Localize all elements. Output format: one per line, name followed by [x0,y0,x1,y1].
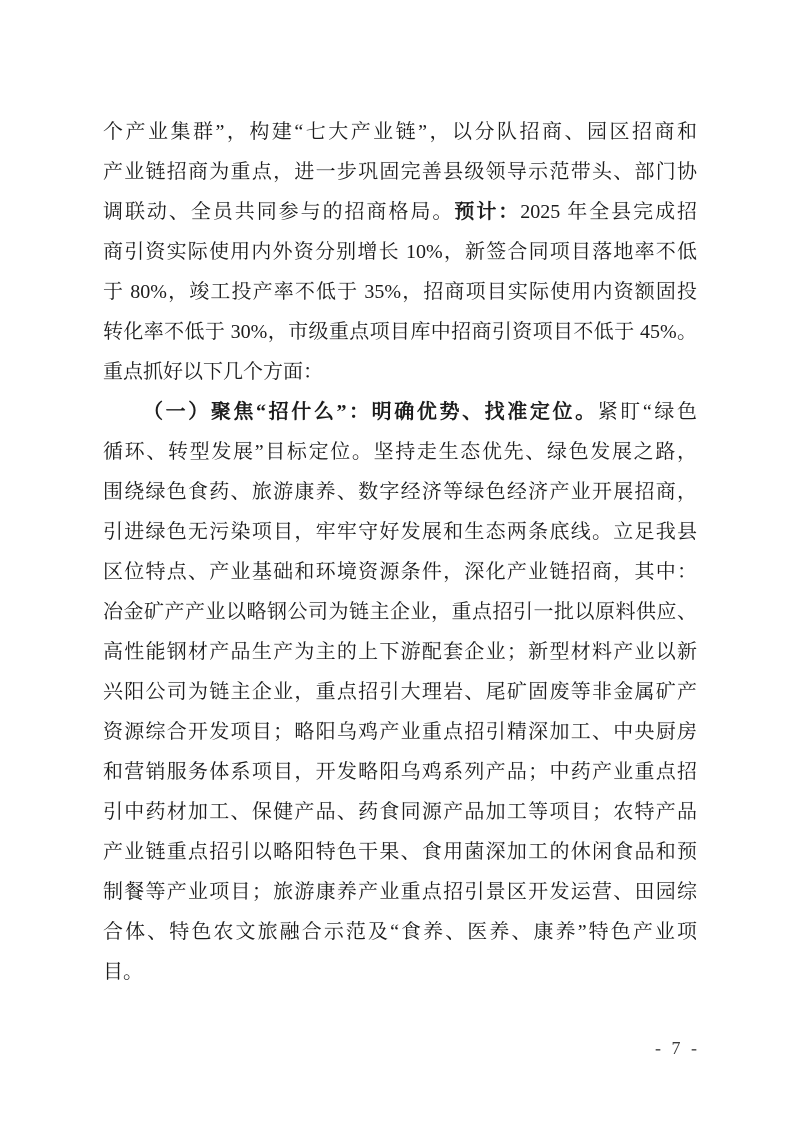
body-text: 产业链重点招引以略阳特色干果、食用菌深加工的休闲食品和预 [103,841,697,863]
document-page: 个产业集群”，构建“七大产业链”，以分队招商、园区招商和产业链招商为重点，进一步… [0,0,793,1122]
body-text: 合体、特色农文旅融合示范及“食养、医养、康养”特色产业项 [103,921,697,943]
page-number: - 7 - [655,1038,700,1059]
text-line: 转化率不低于 30%，市级重点项目库中招商引资项目不低于 45%。 [103,312,697,352]
body-text: 产业链招商为重点，进一步巩固完善县级领导示范带头、部门协 [103,161,697,183]
text-line: 个产业集群”，构建“七大产业链”，以分队招商、园区招商和 [103,112,697,152]
text-line: 和营销服务体系项目，开发略阳乌鸡系列产品；中药产业重点招 [103,752,697,792]
body-text: 引中药材加工、保健产品、药食同源产品加工等项目；农特产品 [103,801,697,823]
body-text: 重点抓好以下几个方面： [103,361,323,383]
text-line: 合体、特色农文旅融合示范及“食养、医养、康养”特色产业项 [103,912,697,952]
body-text: 围绕绿色食药、旅游康养、数字经济等绿色经济产业开展招商， [103,481,697,503]
body-text: 转化率不低于 30%，市级重点项目库中招商引资项目不低于 45%。 [103,321,697,343]
body-text: 引进绿色无污染项目，牢牢守好发展和生态两条底线。立足我县 [103,521,697,543]
body-text: 和营销服务体系项目，开发略阳乌鸡系列产品；中药产业重点招 [103,761,697,783]
text-line: 引进绿色无污染项目，牢牢守好发展和生态两条底线。立足我县 [103,512,697,552]
body-text: 商引资实际使用内外资分别增长 10%，新签合同项目落地率不低 [103,241,697,263]
text-line: 冶金矿产产业以略钢公司为链主企业，重点招引一批以原料供应、 [103,592,697,632]
body-text: 冶金矿产产业以略钢公司为链主企业，重点招引一批以原料供应、 [103,601,697,623]
text-line: 调联动、全员共同参与的招商格局。预计：2025 年全县完成招 [103,192,697,232]
body-text: 目。 [103,961,143,983]
body-text: 调联动、全员共同参与的招商格局。 [103,201,454,223]
emphasis-text: （一）聚焦“招什么”：明确优势、找准定位。 [143,401,598,423]
emphasis-text: 预计： [454,201,520,223]
text-line: 商引资实际使用内外资分别增长 10%，新签合同项目落地率不低 [103,232,697,272]
body-text: 高性能钢材产品生产为主的上下游配套企业；新型材料产业以新 [103,641,697,663]
text-line: （一）聚焦“招什么”：明确优势、找准定位。紧盯“绿色 [103,392,697,432]
text-line: 重点抓好以下几个方面： [103,352,697,392]
body-text: 紧盯“绿色 [598,401,697,423]
text-line: 循环、转型发展”目标定位。坚持走生态优先、绿色发展之路， [103,432,697,472]
text-line: 产业链重点招引以略阳特色干果、食用菌深加工的休闲食品和预 [103,832,697,872]
text-line: 高性能钢材产品生产为主的上下游配套企业；新型材料产业以新 [103,632,697,672]
text-line: 围绕绿色食药、旅游康养、数字经济等绿色经济产业开展招商， [103,472,697,512]
text-line: 引中药材加工、保健产品、药食同源产品加工等项目；农特产品 [103,792,697,832]
body-text: 资源综合开发项目；略阳乌鸡产业重点招引精深加工、中央厨房 [103,721,697,743]
text-line: 于 80%，竣工投产率不低于 35%，招商项目实际使用内资额固投 [103,272,697,312]
document-body: 个产业集群”，构建“七大产业链”，以分队招商、园区招商和产业链招商为重点，进一步… [103,112,697,992]
body-text: 循环、转型发展”目标定位。坚持走生态优先、绿色发展之路， [103,441,697,463]
body-text: 于 80%，竣工投产率不低于 35%，招商项目实际使用内资额固投 [103,281,697,303]
body-text: 制餐等产业项目；旅游康养产业重点招引景区开发运营、田园综 [103,881,697,903]
text-line: 区位特点、产业基础和环境资源条件，深化产业链招商，其中： [103,552,697,592]
text-line: 资源综合开发项目；略阳乌鸡产业重点招引精深加工、中央厨房 [103,712,697,752]
text-line: 目。 [103,952,697,992]
body-text: 区位特点、产业基础和环境资源条件，深化产业链招商，其中： [103,561,697,583]
body-text: 2025 年全县完成招 [520,201,697,223]
text-line: 产业链招商为重点，进一步巩固完善县级领导示范带头、部门协 [103,152,697,192]
body-text: 兴阳公司为链主企业，重点招引大理岩、尾矿固废等非金属矿产 [103,681,697,703]
text-line: 制餐等产业项目；旅游康养产业重点招引景区开发运营、田园综 [103,872,697,912]
text-line: 兴阳公司为链主企业，重点招引大理岩、尾矿固废等非金属矿产 [103,672,697,712]
body-text: 个产业集群”，构建“七大产业链”，以分队招商、园区招商和 [103,121,697,143]
